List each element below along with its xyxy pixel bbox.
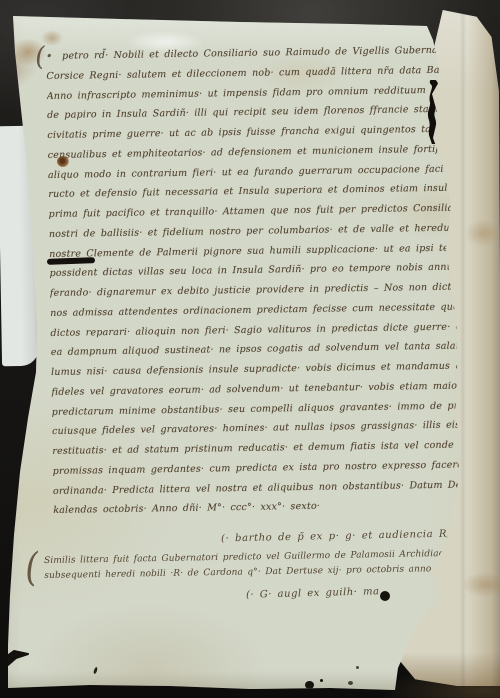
chancery-signature-line: (· bartho de p̃ ex p· g· et audiencia R/ (221, 529, 453, 545)
ink-speck (305, 681, 314, 689)
manuscript-page: (· petro rd̃· Nobili et dilecto Consilia… (0, 0, 500, 698)
registration-note: Similis littera fuit facta Gubernatori p… (44, 547, 452, 583)
manuscript-photo: (· petro rd̃· Nobili et dilecto Consilia… (0, 0, 500, 698)
ink-speck (320, 679, 323, 682)
brown-ink-blot (57, 156, 69, 167)
ink-speck (356, 666, 359, 669)
final-docket-line: (· G· augl ex guilh· ma (246, 586, 380, 600)
registration-note-brace: ( (24, 545, 39, 592)
ink-blob-left-edge (2, 645, 32, 667)
ink-dot (380, 591, 390, 601)
edge-hole (430, 23, 436, 29)
ink-comma-mark (93, 667, 98, 675)
manuscript-body-text: petro rd̃· Nobili et dilecto Consiliario… (46, 41, 459, 525)
ink-speck (348, 681, 353, 685)
